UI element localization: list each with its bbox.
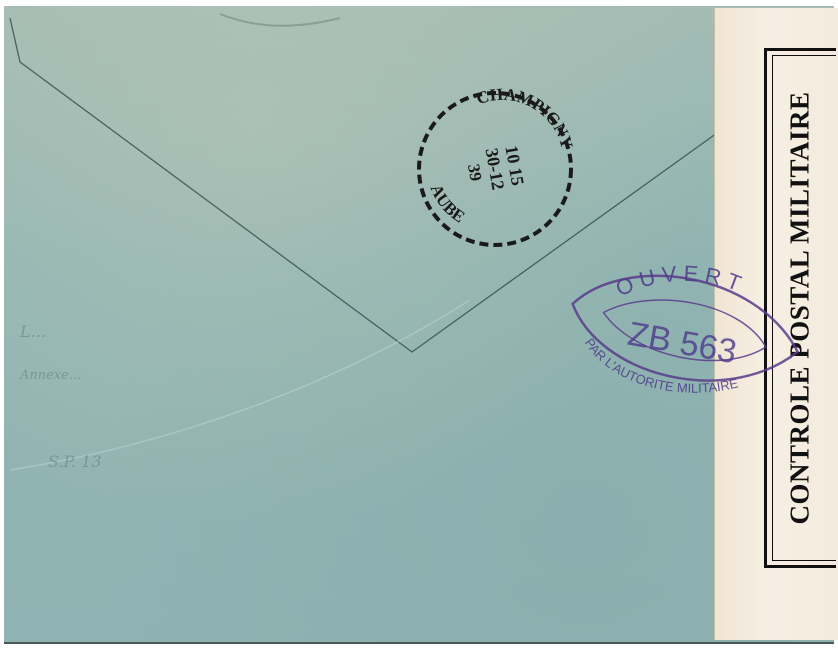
censor-stamp-top-text: OUVERT — [612, 261, 750, 302]
postmark-town: CHAMPIGNY — [474, 86, 577, 151]
svg-text:CHAMPIGNY: CHAMPIGNY — [474, 86, 577, 151]
censor-handstamp: OUVERT PAR L'AUTORITE MILITAIRE ZB 563 — [560, 258, 810, 418]
svg-text:OUVERT: OUVERT — [612, 261, 750, 302]
censor-stamp-code: ZB 563 — [625, 315, 740, 371]
postmark-department: AUBE — [427, 181, 469, 226]
svg-text:AUBE: AUBE — [427, 181, 469, 226]
faint-handwriting-line-1: L... — [20, 322, 46, 341]
faint-handwriting-line-3: S.P. 13 — [48, 452, 102, 471]
faint-handwriting-line-2: Annexe... — [20, 368, 81, 383]
postmark: CHAMPIGNY AUBE 10 15 30-12 39 — [412, 86, 578, 252]
postmark-year: 39 — [464, 163, 486, 183]
